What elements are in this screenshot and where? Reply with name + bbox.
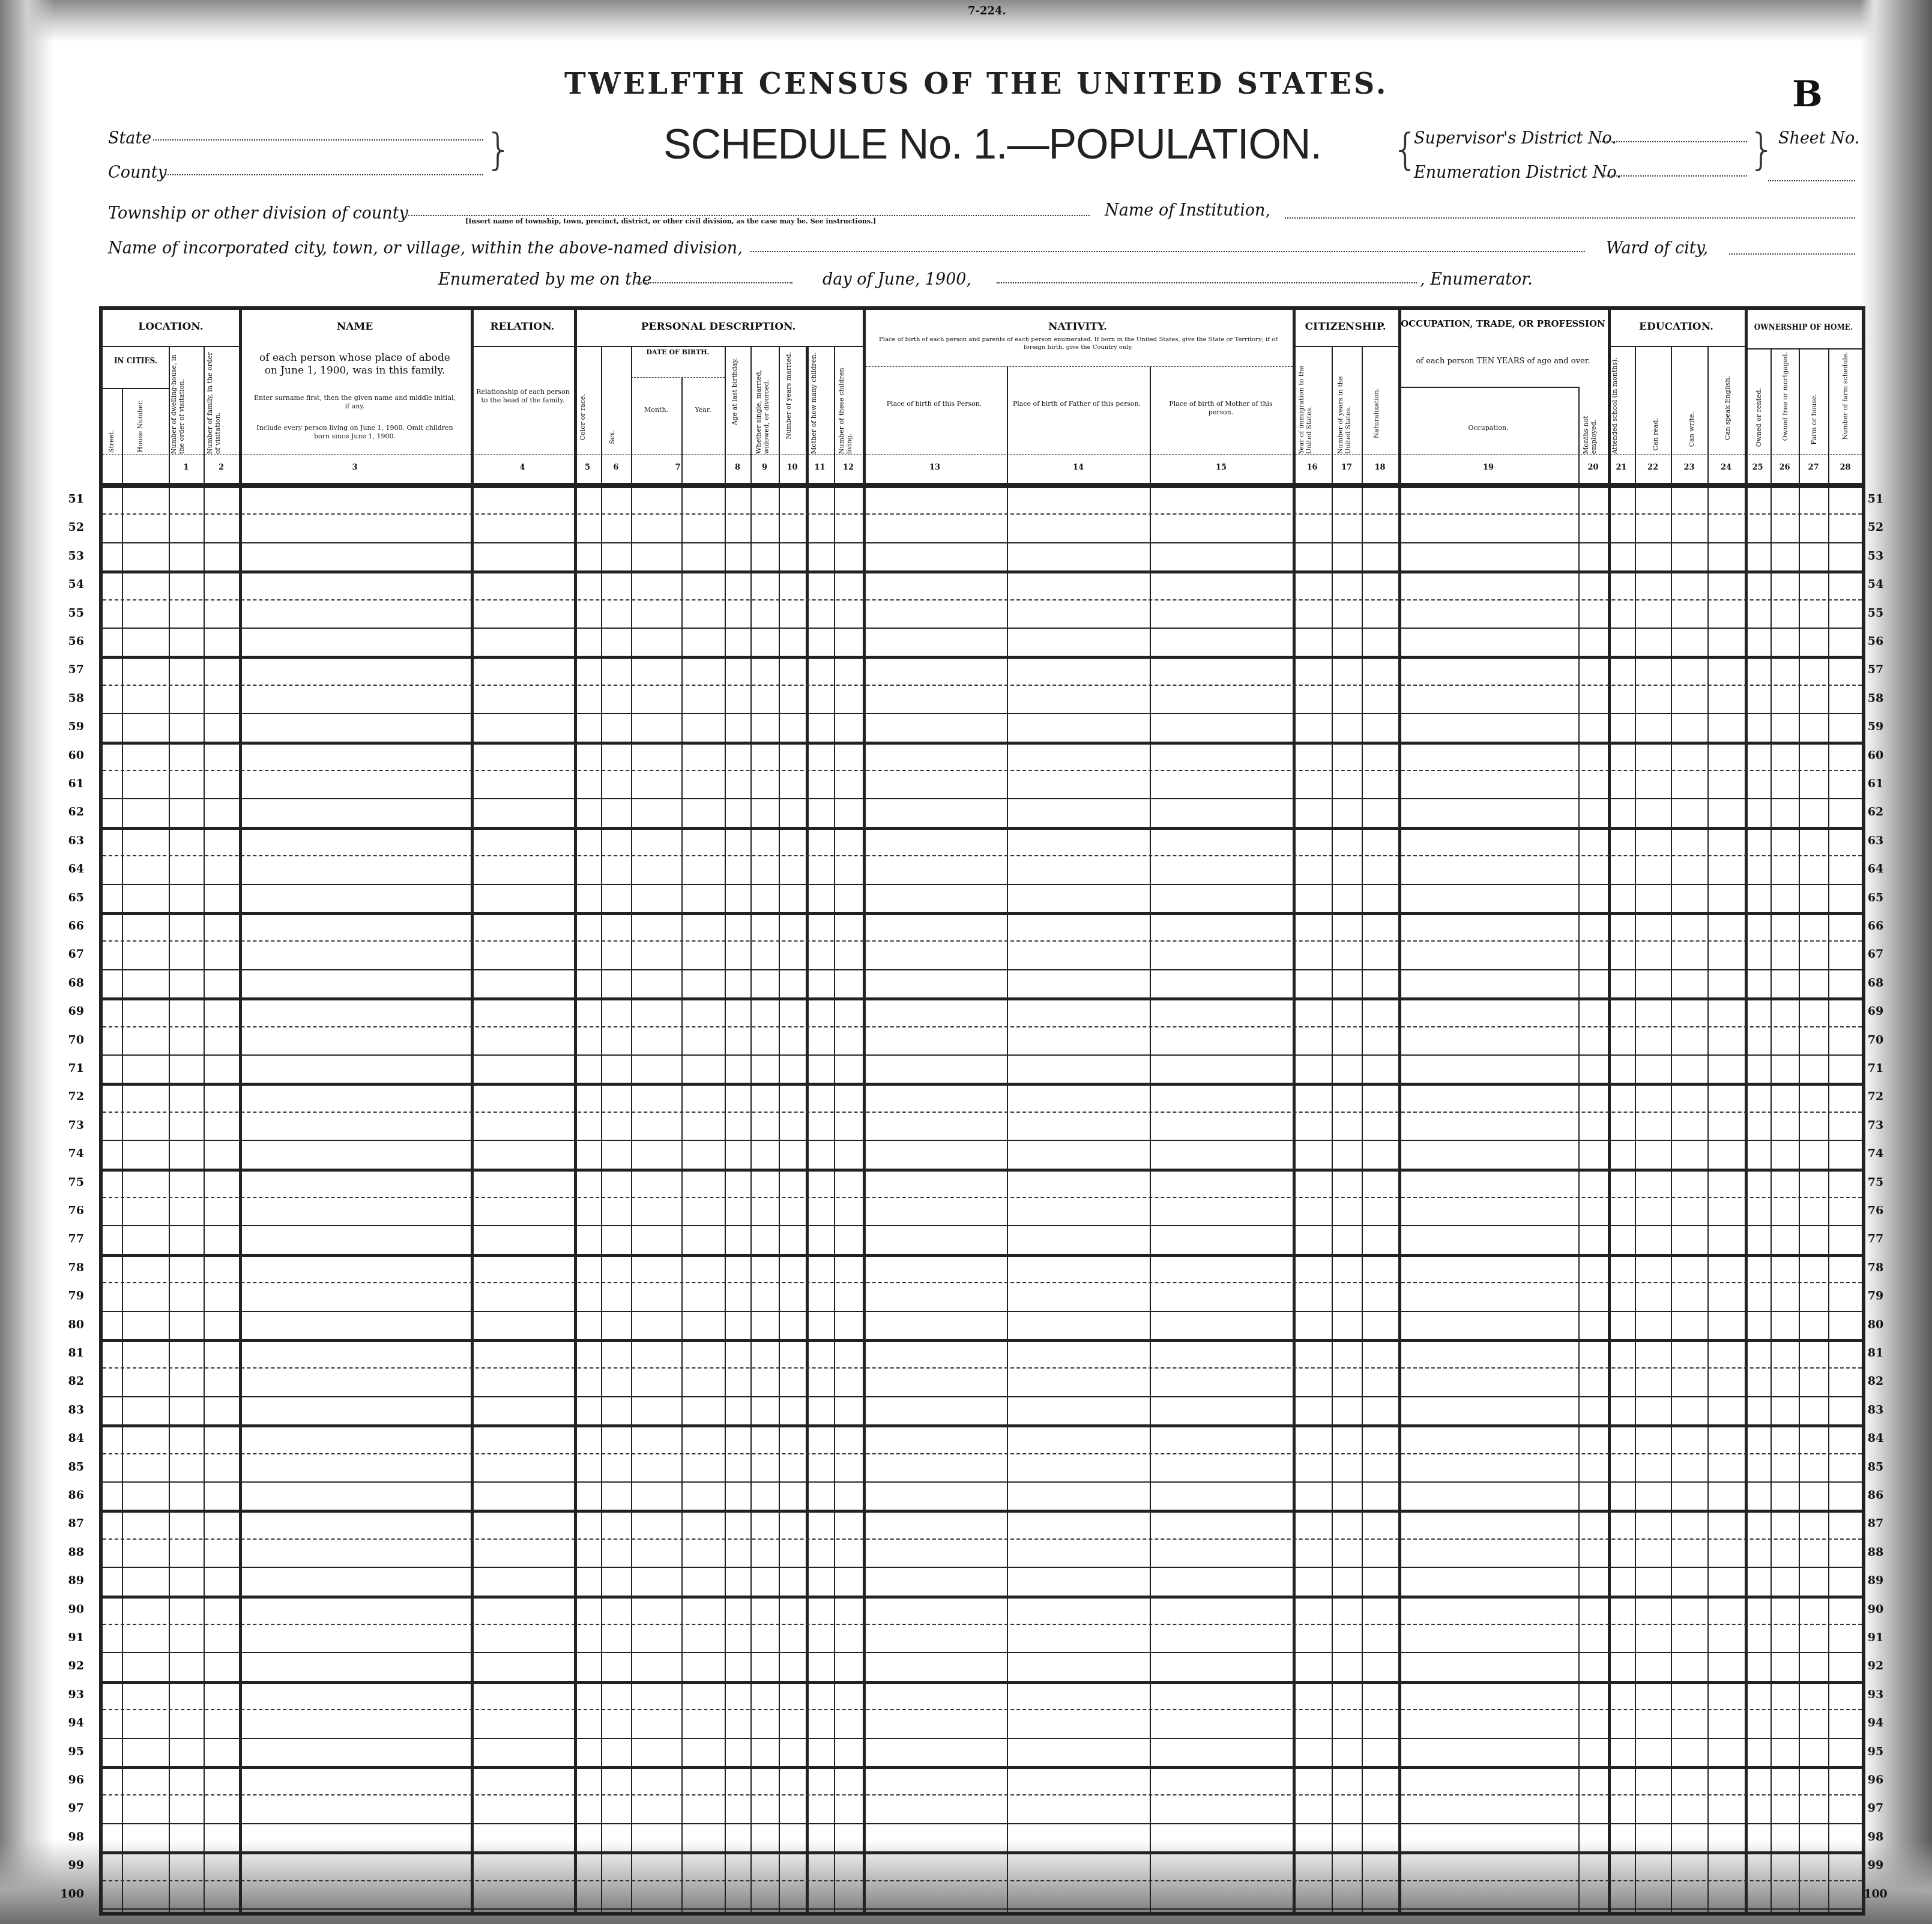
row-number: 98 xyxy=(1861,1830,1890,1844)
row-number: 56 xyxy=(42,635,84,648)
table-row[interactable] xyxy=(103,513,1862,542)
table-row[interactable] xyxy=(103,1254,1862,1282)
table-row[interactable] xyxy=(103,1054,1862,1083)
row-divider xyxy=(103,1908,1862,1910)
population-table: LOCATION. IN CITIES. NAME of each person… xyxy=(99,306,1865,1916)
col-number: 26 xyxy=(1770,463,1799,472)
col-speak-english-label: Can speak English. xyxy=(1724,376,1731,440)
divider xyxy=(1293,346,1398,347)
township-field[interactable] xyxy=(408,215,1090,216)
city-field[interactable] xyxy=(750,251,1585,252)
divider xyxy=(863,366,1293,367)
row-number: 72 xyxy=(1861,1090,1890,1103)
row-number: 65 xyxy=(1861,891,1890,904)
row-number: 95 xyxy=(42,1745,84,1758)
col-number: 11 xyxy=(806,463,834,472)
row-number: 98 xyxy=(42,1830,84,1844)
divider xyxy=(1608,346,1745,347)
row-number: 84 xyxy=(1861,1432,1890,1445)
table-row[interactable] xyxy=(103,1225,1862,1253)
row-number: 51 xyxy=(1861,492,1890,506)
row-number: 75 xyxy=(1861,1176,1890,1189)
divider xyxy=(471,346,574,347)
row-number: 96 xyxy=(42,1773,84,1786)
township-label: Township or other division of county xyxy=(108,204,408,223)
row-number: 88 xyxy=(1861,1546,1890,1559)
state-label: State xyxy=(108,129,151,148)
ward-label: Ward of city, xyxy=(1606,239,1708,258)
row-number: 87 xyxy=(42,1517,84,1530)
row-number: 63 xyxy=(1861,834,1890,847)
row-number: 54 xyxy=(42,578,84,591)
enumeration-label: Enumeration District No. xyxy=(1414,163,1622,182)
row-number: 70 xyxy=(1861,1033,1890,1047)
row-number: 62 xyxy=(1861,805,1890,818)
group-occupation: OCCUPATION, TRADE, OR PROFESSION xyxy=(1398,318,1608,329)
col-number: 2 xyxy=(204,463,239,472)
institution-field[interactable] xyxy=(1285,217,1855,219)
divider xyxy=(103,454,1862,455)
institution-label: Name of Institution, xyxy=(1105,201,1270,220)
table-row[interactable] xyxy=(103,1823,1862,1851)
name-desc: of each person whose place of abode on J… xyxy=(253,352,457,378)
row-number: 59 xyxy=(42,720,84,733)
table-row[interactable] xyxy=(103,570,1862,599)
row-number: 80 xyxy=(1861,1318,1890,1331)
row-number: 61 xyxy=(42,777,84,790)
col-house-number-label: House Number. xyxy=(136,400,144,452)
divider xyxy=(631,377,725,378)
group-in-cities: IN CITIES. xyxy=(103,357,169,365)
col-mother-label: Mother of how many children. xyxy=(810,352,834,454)
right-brace-icon: } xyxy=(1748,127,1776,171)
row-number: 78 xyxy=(42,1261,84,1274)
state-field[interactable] xyxy=(153,139,483,141)
table-row[interactable] xyxy=(103,912,1862,940)
table-row[interactable] xyxy=(103,1681,1862,1709)
table-row[interactable] xyxy=(103,1709,1862,1737)
col-occupation-label: Occupation. xyxy=(1398,424,1578,432)
row-number: 85 xyxy=(1861,1460,1890,1474)
row-number: 74 xyxy=(42,1147,84,1160)
sheet-field[interactable] xyxy=(1768,180,1855,181)
table-row[interactable] xyxy=(103,827,1862,855)
table-row[interactable] xyxy=(103,542,1862,570)
col-attended-school-label: Attended school (in months). xyxy=(1611,352,1632,454)
row-number: 76 xyxy=(42,1204,84,1217)
col-number: 23 xyxy=(1671,463,1707,472)
enumerated-label: Enumerated by me on the xyxy=(438,270,652,289)
name-note-include: Include every person living on June 1, 1… xyxy=(253,424,457,441)
row-number: 83 xyxy=(42,1403,84,1417)
table-row[interactable] xyxy=(103,1538,1862,1567)
col-marital-label: Whether single, married, widowed, or div… xyxy=(755,352,779,454)
schedule-title: SCHEDULE No. 1.—POPULATION. xyxy=(663,120,1321,168)
row-number: 66 xyxy=(1861,919,1890,933)
row-number: 57 xyxy=(42,663,84,676)
row-number: 87 xyxy=(1861,1517,1890,1530)
row-number: 79 xyxy=(42,1289,84,1302)
col-number: 13 xyxy=(863,463,1007,472)
row-number: 62 xyxy=(42,805,84,818)
table-row[interactable] xyxy=(103,1026,1862,1054)
row-number: 82 xyxy=(1861,1375,1890,1388)
col-number: 9 xyxy=(750,463,779,472)
row-number: 94 xyxy=(42,1716,84,1729)
col-number: 24 xyxy=(1707,463,1745,472)
supervisor-field[interactable] xyxy=(1600,141,1747,142)
row-number: 74 xyxy=(1861,1147,1890,1160)
table-row[interactable] xyxy=(103,1424,1862,1453)
table-row[interactable] xyxy=(103,1567,1862,1595)
table-row[interactable] xyxy=(103,1339,1862,1367)
col-immigration-year-label: Year of immigration to the United States… xyxy=(1297,352,1325,454)
row-number: 96 xyxy=(1861,1773,1890,1786)
row-number: 57 xyxy=(1861,663,1890,676)
row-number: 88 xyxy=(42,1546,84,1559)
table-row[interactable] xyxy=(103,1794,1862,1823)
table-row[interactable] xyxy=(103,1311,1862,1339)
row-number: 71 xyxy=(42,1062,84,1075)
col-street-label: Street. xyxy=(107,430,115,453)
table-row[interactable] xyxy=(103,1596,1862,1624)
township-note: [Insert name of township, town, precinct… xyxy=(465,217,876,225)
row-number: 55 xyxy=(1861,607,1890,620)
row-number: 97 xyxy=(42,1801,84,1815)
col-number: 14 xyxy=(1007,463,1150,472)
table-row[interactable] xyxy=(103,685,1862,713)
col-farm-schedule-label: Number of farm schedule. xyxy=(1841,352,1849,440)
date-label: day of June, 1900, xyxy=(823,270,971,289)
table-row[interactable] xyxy=(103,969,1862,997)
table-row[interactable] xyxy=(103,656,1862,684)
col-number: 20 xyxy=(1578,463,1608,472)
col-number: 10 xyxy=(779,463,806,472)
table-row[interactable] xyxy=(103,713,1862,741)
row-number: 67 xyxy=(1861,948,1890,961)
col-family-label: Number of family, in the order of visita… xyxy=(206,352,226,454)
divider xyxy=(1398,387,1578,388)
group-name: NAME xyxy=(239,321,471,333)
row-number: 72 xyxy=(42,1090,84,1103)
nativity-desc: Place of birth of each person and parent… xyxy=(871,336,1285,351)
group-location: LOCATION. xyxy=(103,321,239,333)
row-number: 54 xyxy=(1861,578,1890,591)
table-row[interactable] xyxy=(103,1083,1862,1111)
table-row[interactable] xyxy=(103,1140,1862,1168)
group-nativity: NATIVITY. xyxy=(863,321,1293,333)
row-number: 77 xyxy=(1861,1232,1890,1245)
row-number: 52 xyxy=(1861,521,1890,534)
table-row[interactable] xyxy=(103,1624,1862,1652)
col-age-label: Age at last birthday. xyxy=(731,358,738,425)
row-number: 58 xyxy=(42,692,84,705)
row-number: 65 xyxy=(42,891,84,904)
col-number: 21 xyxy=(1608,463,1635,472)
row-number: 63 xyxy=(42,834,84,847)
table-row[interactable] xyxy=(103,599,1862,628)
col-number: 6 xyxy=(601,463,631,472)
table-row[interactable] xyxy=(103,742,1862,770)
table-row[interactable] xyxy=(103,798,1862,826)
row-number: 77 xyxy=(42,1232,84,1245)
row-number: 78 xyxy=(1861,1261,1890,1274)
table-row[interactable] xyxy=(103,1282,1862,1310)
row-number: 95 xyxy=(1861,1745,1890,1758)
col-birth-mother-label: Place of birth of Mother of this person. xyxy=(1156,400,1285,417)
row-number: 100 xyxy=(1861,1887,1890,1901)
divider xyxy=(103,388,169,389)
group-personal-description: PERSONAL DESCRIPTION. xyxy=(574,321,863,333)
col-birth-father-label: Place of birth of Father of this person. xyxy=(1012,400,1141,408)
row-number: 99 xyxy=(1861,1859,1890,1872)
row-number: 59 xyxy=(1861,720,1890,733)
col-number: 18 xyxy=(1362,463,1398,472)
row-number: 58 xyxy=(1861,692,1890,705)
enumerator-field[interactable] xyxy=(997,282,1417,283)
table-row[interactable] xyxy=(103,1766,1862,1794)
col-number: 27 xyxy=(1799,463,1828,472)
col-color-label: Color or race. xyxy=(579,394,587,440)
row-number: 69 xyxy=(42,1005,84,1018)
row-number: 71 xyxy=(1861,1062,1890,1075)
table-row[interactable] xyxy=(103,1367,1862,1396)
col-number: 17 xyxy=(1332,463,1362,472)
row-number: 86 xyxy=(42,1489,84,1502)
table-row[interactable] xyxy=(103,940,1862,969)
row-number: 60 xyxy=(42,749,84,762)
col-dwelling-label: Number of dwelling-house, in the order o… xyxy=(170,352,194,454)
row-number: 82 xyxy=(42,1375,84,1388)
group-relation: RELATION. xyxy=(471,321,574,333)
row-number: 93 xyxy=(42,1688,84,1701)
table-row[interactable] xyxy=(103,884,1862,912)
row-number: 97 xyxy=(1861,1801,1890,1815)
col-number: 15 xyxy=(1150,463,1293,472)
table-row[interactable] xyxy=(103,1453,1862,1481)
col-number: 22 xyxy=(1635,463,1671,472)
col-number: 12 xyxy=(834,463,863,472)
census-title: TWELFTH CENSUS OF THE UNITED STATES. xyxy=(564,67,1389,101)
col-number: 28 xyxy=(1828,463,1862,472)
row-number: 85 xyxy=(42,1460,84,1474)
table-row[interactable] xyxy=(103,1197,1862,1225)
row-number: 68 xyxy=(42,976,84,990)
col-can-read-label: Can read. xyxy=(1652,418,1659,450)
row-number: 90 xyxy=(1861,1603,1890,1616)
row-number: 86 xyxy=(1861,1489,1890,1502)
row-number: 66 xyxy=(42,919,84,933)
row-number: 81 xyxy=(42,1346,84,1360)
row-number: 60 xyxy=(1861,749,1890,762)
row-number: 52 xyxy=(42,521,84,534)
row-number: 53 xyxy=(1861,549,1890,563)
county-field[interactable] xyxy=(165,174,483,175)
occupation-desc: of each person TEN YEARS of age and over… xyxy=(1405,357,1601,366)
table-row[interactable] xyxy=(103,1738,1862,1766)
group-ownership: OWNERSHIP OF HOME. xyxy=(1745,323,1862,331)
table-row[interactable] xyxy=(103,1880,1862,1908)
col-farm-house-label: Farm or house. xyxy=(1810,394,1818,444)
row-number: 79 xyxy=(1861,1289,1890,1302)
county-label: County xyxy=(108,163,167,182)
relation-desc: Relationship of each person to the head … xyxy=(475,388,571,405)
col-sex-label: Sex. xyxy=(608,430,616,444)
col-month-label: Month. xyxy=(631,406,681,414)
row-number: 61 xyxy=(1861,777,1890,790)
col-naturalization-label: Naturalization. xyxy=(1372,388,1380,438)
row-number: 67 xyxy=(42,948,84,961)
row-number: 76 xyxy=(1861,1204,1890,1217)
table-row[interactable] xyxy=(103,628,1862,656)
enumeration-field[interactable] xyxy=(1602,175,1747,177)
col-number: 8 xyxy=(725,463,750,472)
table-row[interactable] xyxy=(103,1510,1862,1538)
enumerated-day-field[interactable] xyxy=(636,282,792,283)
col-years-in-us-label: Number of years in the United States. xyxy=(1336,352,1360,454)
col-can-write-label: Can write. xyxy=(1688,412,1695,447)
table-row[interactable] xyxy=(103,855,1862,883)
col-number: 25 xyxy=(1745,463,1770,472)
form-number: 7-224. xyxy=(968,5,1006,17)
table-row[interactable] xyxy=(103,1112,1862,1140)
date-of-birth-header: DATE OF BIRTH. xyxy=(631,348,725,357)
col-birth-person-label: Place of birth of this Person. xyxy=(871,400,997,408)
col-number: 3 xyxy=(239,463,471,472)
divider xyxy=(103,346,239,347)
row-number: 68 xyxy=(1861,976,1890,990)
row-number: 89 xyxy=(42,1574,84,1587)
row-number: 89 xyxy=(1861,1574,1890,1587)
row-number: 75 xyxy=(42,1176,84,1189)
col-months-not-employed-label: Months not employed. xyxy=(1582,397,1606,454)
col-number: 4 xyxy=(471,463,574,472)
divider xyxy=(1745,348,1862,349)
table-row[interactable] xyxy=(103,997,1862,1026)
row-number: 93 xyxy=(1861,1688,1890,1701)
divider xyxy=(574,346,863,347)
col-number: 16 xyxy=(1293,463,1332,472)
row-number: 91 xyxy=(1861,1631,1890,1644)
sheet-letter: B xyxy=(1792,73,1823,115)
row-number: 92 xyxy=(42,1659,84,1672)
row-number: 53 xyxy=(42,549,84,563)
sheet-label: Sheet No. xyxy=(1778,129,1859,148)
row-number: 64 xyxy=(1861,862,1890,876)
table-row[interactable] xyxy=(103,1396,1862,1424)
group-citizenship: CITIZENSHIP. xyxy=(1293,321,1398,333)
row-number: 73 xyxy=(42,1119,84,1132)
row-number: 84 xyxy=(42,1432,84,1445)
col-number: 19 xyxy=(1398,463,1578,472)
table-row[interactable] xyxy=(103,485,1862,513)
row-number: 91 xyxy=(42,1631,84,1644)
col-number: 5 xyxy=(574,463,601,472)
row-number: 51 xyxy=(42,492,84,506)
row-number: 99 xyxy=(42,1859,84,1872)
row-number: 73 xyxy=(1861,1119,1890,1132)
col-year-label: Year. xyxy=(681,406,725,414)
row-number: 90 xyxy=(42,1603,84,1616)
table-row[interactable] xyxy=(103,1169,1862,1197)
ward-field[interactable] xyxy=(1729,253,1855,255)
col-years-married-label: Number of years married. xyxy=(785,352,792,439)
col-owned-free-label: Owned free or mortgaged. xyxy=(1781,352,1789,441)
row-number: 100 xyxy=(42,1887,84,1901)
row-number: 81 xyxy=(1861,1346,1890,1360)
table-row[interactable] xyxy=(103,1652,1862,1680)
col-number: 7 xyxy=(631,463,725,472)
table-row[interactable] xyxy=(103,1851,1862,1880)
enumerator-label: , Enumerator. xyxy=(1420,270,1533,289)
row-number: 80 xyxy=(42,1318,84,1331)
row-number: 70 xyxy=(42,1033,84,1047)
table-row[interactable] xyxy=(103,770,1862,798)
group-education: EDUCATION. xyxy=(1608,321,1745,333)
col-children-living-label: Number of these children living. xyxy=(838,352,862,454)
city-label: Name of incorporated city, town, or vill… xyxy=(108,239,743,258)
right-brace-icon: } xyxy=(485,127,513,171)
table-row[interactable] xyxy=(103,1481,1862,1510)
row-number: 83 xyxy=(1861,1403,1890,1417)
name-note-surname: Enter surname first, then the given name… xyxy=(253,394,457,411)
col-number: 1 xyxy=(169,463,204,472)
scan-edge-top xyxy=(0,0,1932,42)
col-owned-rented-label: Owned or rented. xyxy=(1755,388,1763,447)
row-number: 69 xyxy=(1861,1005,1890,1018)
row-number: 92 xyxy=(1861,1659,1890,1672)
row-number: 56 xyxy=(1861,635,1890,648)
row-number: 94 xyxy=(1861,1716,1890,1729)
row-number: 55 xyxy=(42,607,84,620)
row-number: 64 xyxy=(42,862,84,876)
supervisor-label: Supervisor's District No. xyxy=(1414,129,1617,148)
